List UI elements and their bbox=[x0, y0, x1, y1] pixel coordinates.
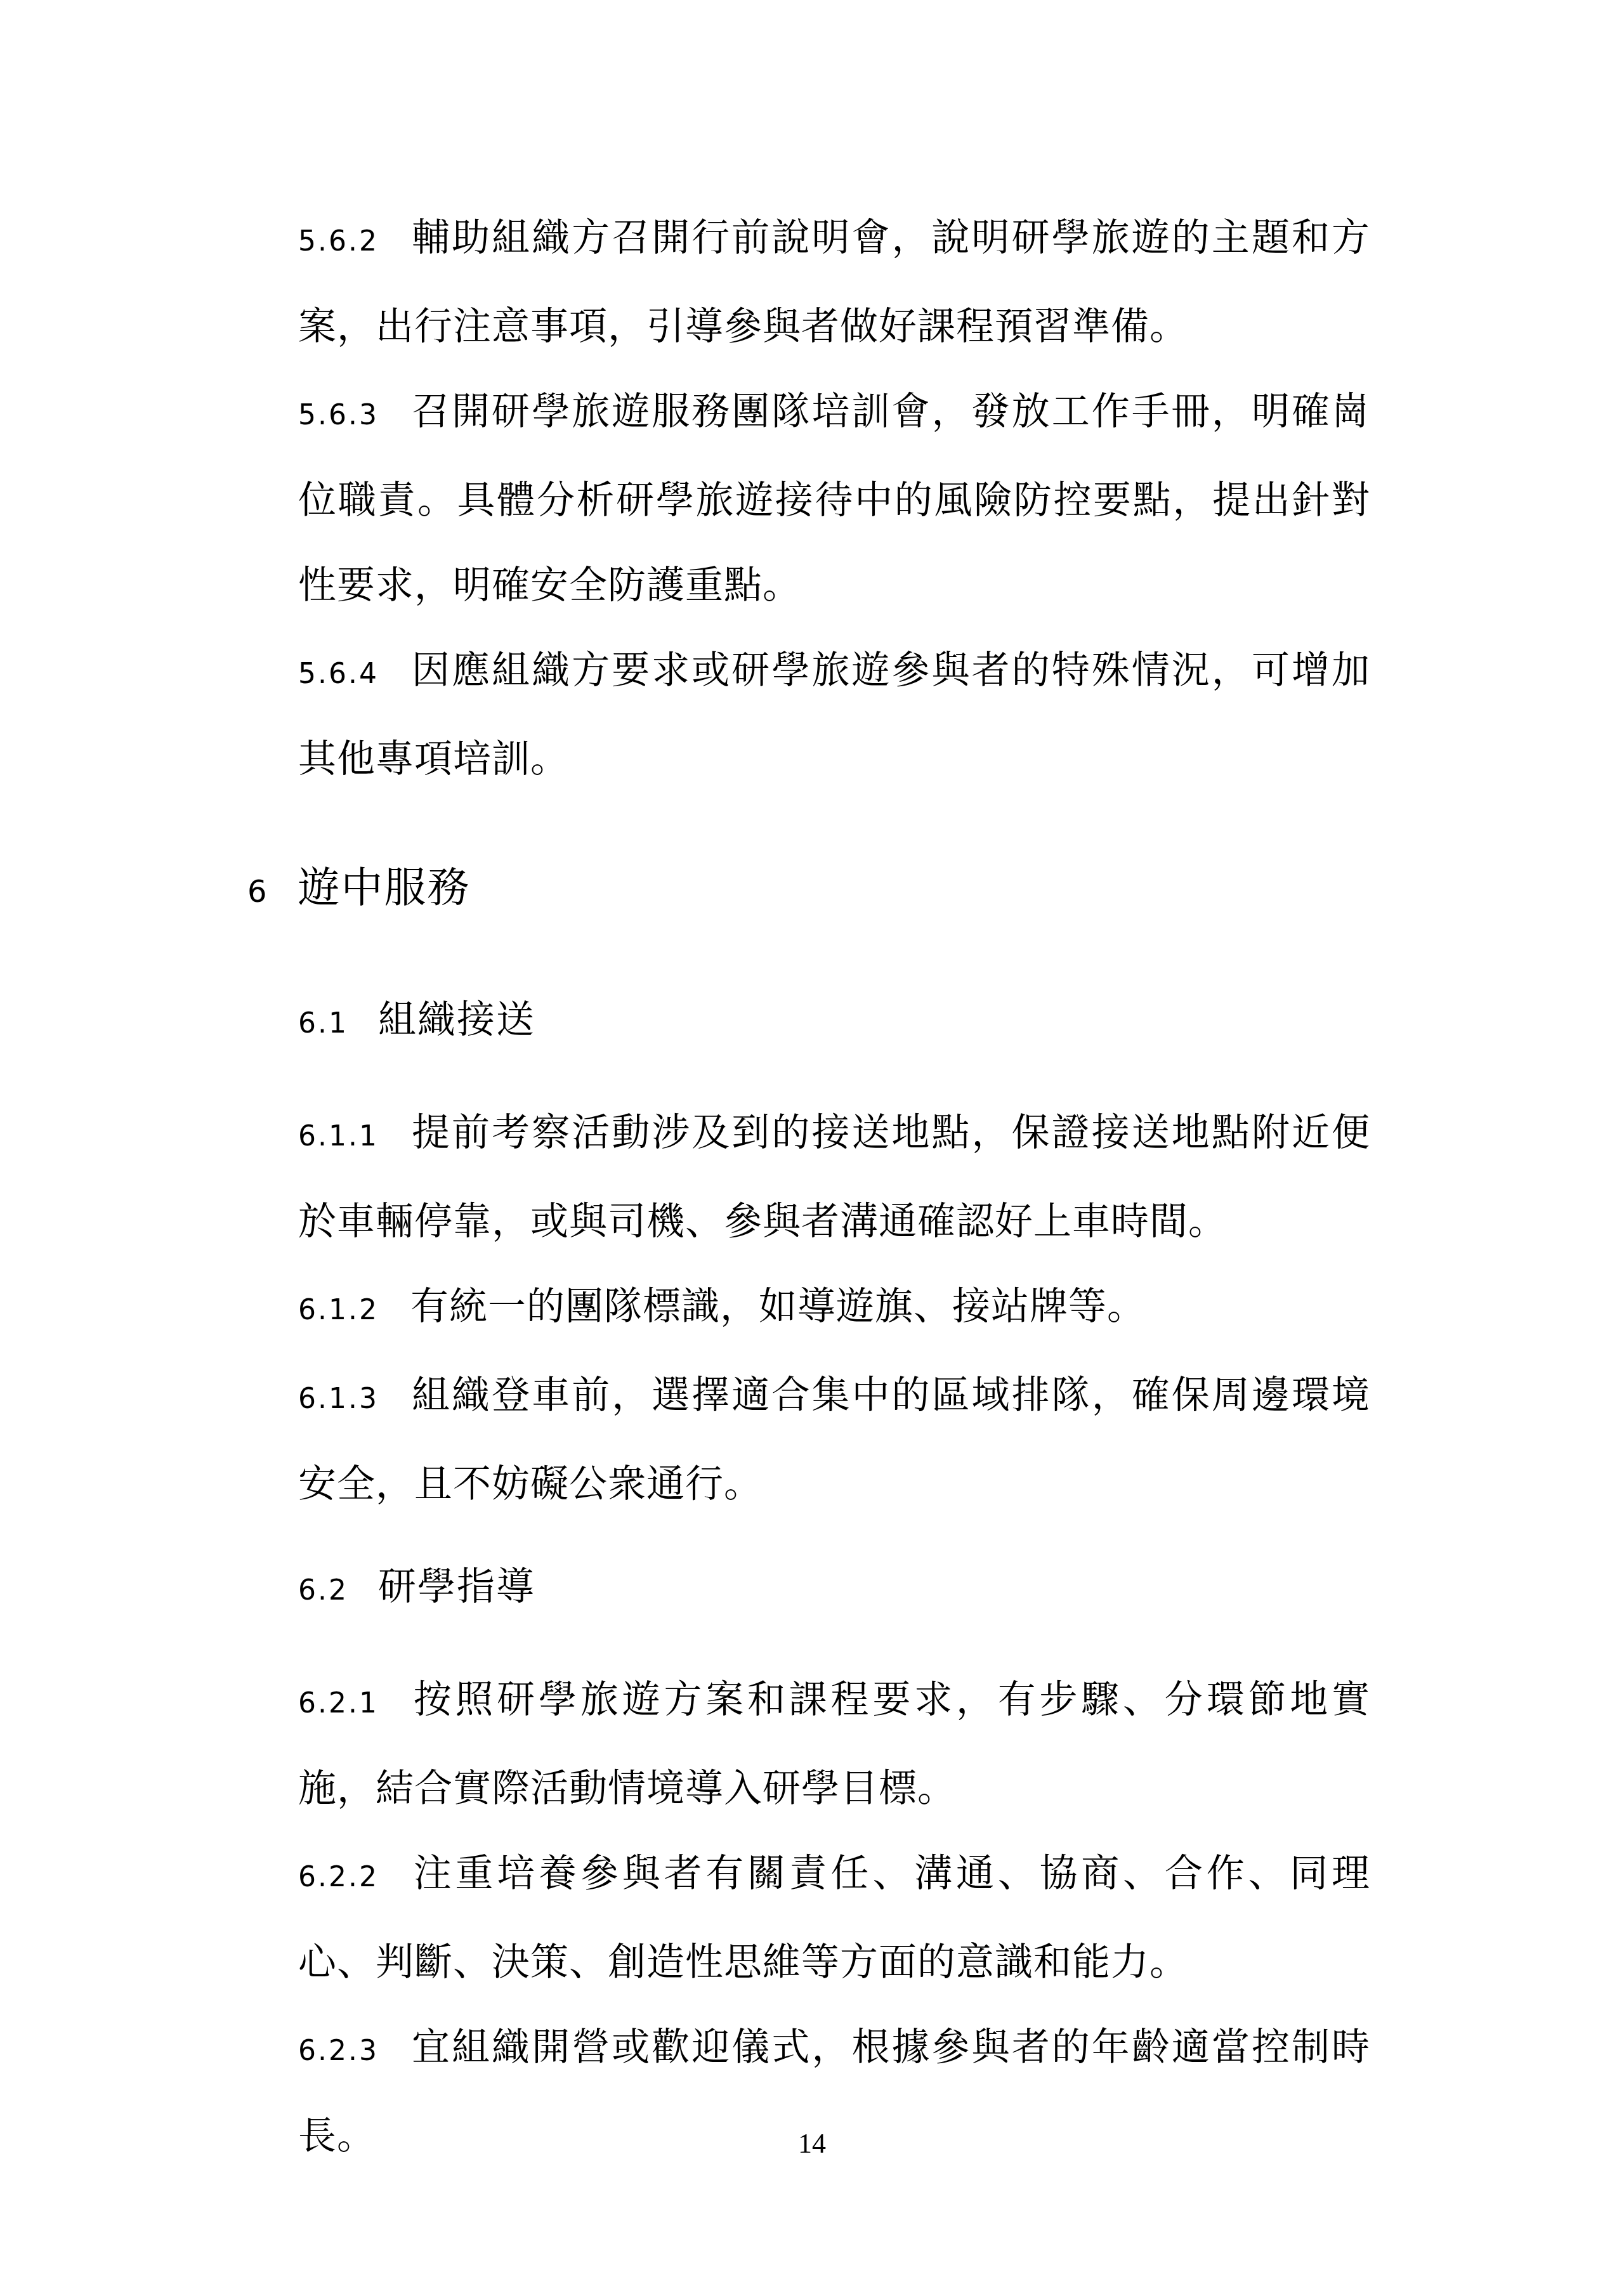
clause-6-1-1: 6.1.1提前考察活動涉及到的接送地點，保證接送地點附近便於車輛停靠，或與司機、… bbox=[298, 1090, 1370, 1264]
clause-5-6-4: 5.6.4因應組織方要求或研學旅遊參與者的特殊情況，可增加其他專項培訓。 bbox=[298, 628, 1370, 802]
clause-number: 5.6.3 bbox=[298, 399, 379, 431]
chapter-title: 遊中服務 bbox=[298, 865, 471, 911]
chapter-heading-6: 6遊中服務 bbox=[247, 841, 1370, 939]
subheading-6-1: 6.1組織接送 bbox=[298, 977, 1370, 1066]
clause-6-2-2: 6.2.2注重培養參與者有關責任、溝通、協商、合作、同理心、判斷、決策、創造性思… bbox=[298, 1831, 1370, 2005]
document-content: 5.6.2輔助組織方召開行前說明會，說明研學旅遊的主題和方案，出行注意事項，引導… bbox=[298, 195, 1370, 2179]
clause-text: 輔助組織方召開行前說明會，說明研學旅遊的主題和方案，出行注意事項，引導參與者做好… bbox=[298, 217, 1370, 348]
subheading-title: 組織接送 bbox=[378, 999, 535, 1041]
clause-6-1-3: 6.1.3組織登車前，選擇適合集中的區域排隊，確保周邊環境安全，且不妨礙公衆通行… bbox=[298, 1353, 1370, 1527]
clause-6-2-1: 6.2.1按照研學旅遊方案和課程要求，有步驟、分環節地實施，結合實際活動情境導入… bbox=[298, 1657, 1370, 1831]
clause-number: 5.6.4 bbox=[298, 658, 379, 690]
clause-number: 6.2.3 bbox=[298, 2035, 379, 2067]
clause-number: 6.1.3 bbox=[298, 1383, 379, 1415]
clause-text: 組織登車前，選擇適合集中的區域排隊，確保周邊環境安全，且不妨礙公衆通行。 bbox=[298, 1374, 1370, 1505]
clause-number: 6.1.1 bbox=[298, 1120, 379, 1152]
clause-text: 按照研學旅遊方案和課程要求，有步驟、分環節地實施，結合實際活動情境導入研學目標。 bbox=[298, 1679, 1370, 1810]
clause-text: 召開研學旅遊服務團隊培訓會，發放工作手冊，明確崗位職責。具體分析研學旅遊接待中的… bbox=[298, 391, 1370, 606]
subheading-6-2: 6.2研學指導 bbox=[298, 1544, 1370, 1633]
subheading-title: 研學指導 bbox=[378, 1566, 535, 1608]
document-page: 5.6.2輔助組織方召開行前說明會，說明研學旅遊的主題和方案，出行注意事項，引導… bbox=[0, 0, 1624, 2296]
subheading-number: 6.2 bbox=[298, 1574, 348, 1607]
clause-number: 6.2.2 bbox=[298, 1861, 379, 1893]
clause-number: 5.6.2 bbox=[298, 225, 379, 258]
chapter-number: 6 bbox=[247, 874, 268, 910]
clause-number: 6.2.1 bbox=[298, 1687, 379, 1719]
clause-text: 因應組織方要求或研學旅遊參與者的特殊情況，可增加其他專項培訓。 bbox=[298, 649, 1370, 780]
clause-5-6-2: 5.6.2輔助組織方召開行前說明會，說明研學旅遊的主題和方案，出行注意事項，引導… bbox=[298, 195, 1370, 369]
clause-6-1-2: 6.1.2有統一的團隊標識，如導遊旗、接站牌等。 bbox=[298, 1264, 1370, 1353]
clause-5-6-3: 5.6.3召開研學旅遊服務團隊培訓會，發放工作手冊，明確崗位職責。具體分析研學旅… bbox=[298, 369, 1370, 628]
page-number: 14 bbox=[0, 2128, 1624, 2160]
clause-text: 提前考察活動涉及到的接送地點，保證接送地點附近便於車輛停靠，或與司機、參與者溝通… bbox=[298, 1112, 1370, 1243]
clause-text: 有統一的團隊標識，如導遊旗、接站牌等。 bbox=[410, 1286, 1146, 1327]
clause-text: 注重培養參與者有關責任、溝通、協商、合作、同理心、判斷、決策、創造性思維等方面的… bbox=[298, 1853, 1370, 1983]
clause-number: 6.1.2 bbox=[298, 1294, 379, 1326]
subheading-number: 6.1 bbox=[298, 1007, 348, 1040]
